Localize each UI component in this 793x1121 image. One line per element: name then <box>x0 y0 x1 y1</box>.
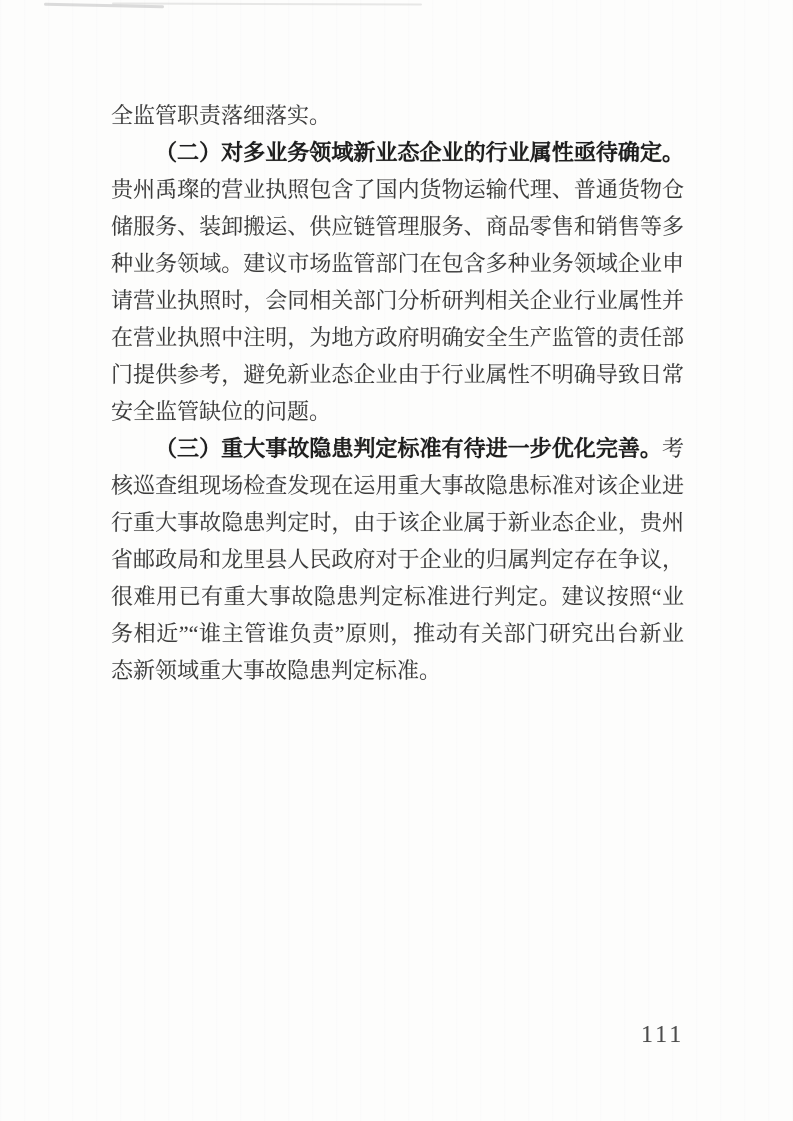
section-3-body-text: 考核巡查组现场检查发现在运用重大事故隐患标准对该企业进行重大事故隐患判定时，由于… <box>111 436 684 683</box>
document-page: 全监管职责落细落实。 （二）对多业务领域新业态企业的行业属性亟待确定。贵州禹璨的… <box>0 0 793 1121</box>
continuation-paragraph: 全监管职责落细落实。 <box>111 97 684 134</box>
section-2-body-text: 贵州禹璨的营业执照包含了国内货物运输代理、普通货物仓储服务、装卸搬运、供应链管理… <box>111 177 684 424</box>
continuation-text: 全监管职责落细落实。 <box>111 103 331 128</box>
section-2-heading: （二）对多业务领域新业态企业的行业属性亟待确定。 <box>155 140 684 165</box>
section-3-paragraph: （三）重大事故隐患判定标准有待进一步优化完善。考核巡查组现场检查发现在运用重大事… <box>111 430 684 689</box>
section-3-heading: （三）重大事故隐患判定标准有待进一步优化完善。 <box>155 436 662 461</box>
document-body: 全监管职责落细落实。 （二）对多业务领域新业态企业的行业属性亟待确定。贵州禹璨的… <box>111 97 684 689</box>
page-number: 111 <box>641 1022 684 1049</box>
section-2-paragraph: （二）对多业务领域新业态企业的行业属性亟待确定。贵州禹璨的营业执照包含了国内货物… <box>111 134 684 430</box>
